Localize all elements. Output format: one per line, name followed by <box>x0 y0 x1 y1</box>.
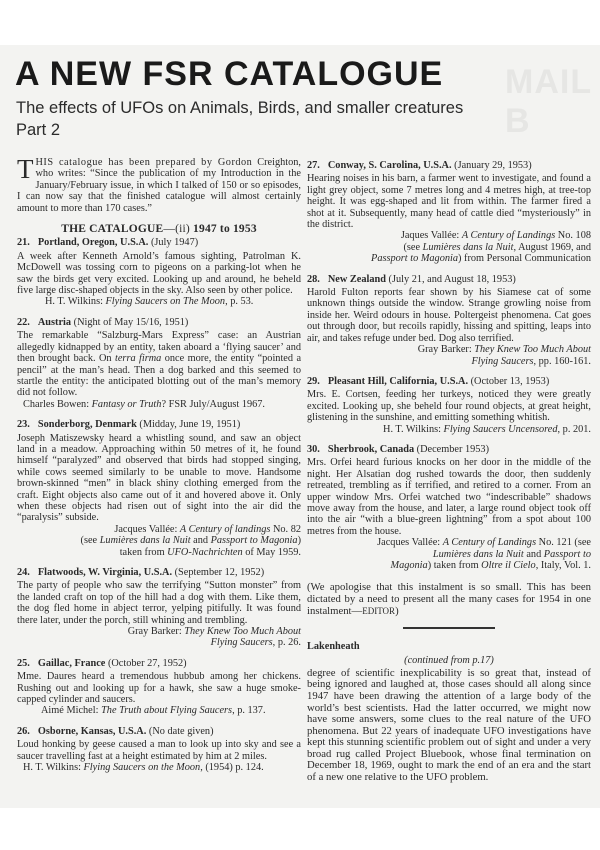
case-citation: taken from UFO-Nachrichten of May 1959. <box>17 547 301 558</box>
case-citation: Flying Saucers, pp. 160-161. <box>307 356 591 367</box>
case-citation: Flying Saucers, p. 26. <box>17 637 301 648</box>
case-entry: 24.Flatwoods, W. Virginia, U.S.A. (Septe… <box>17 567 301 649</box>
case-body: Harold Fulton reports fear shown by his … <box>307 287 591 344</box>
case-entry: 25.Gaillac, France (October 27, 1952) Mm… <box>17 658 301 717</box>
case-heading: 30.Sherbrook, Canada (December 1953) <box>307 444 591 455</box>
case-entry: 22.Austria (Night of May 15/16, 1951) Th… <box>17 317 301 410</box>
case-citation: (see Lumières dans la Nuit, August 1969,… <box>307 242 591 253</box>
case-citation: Jacques Vallée: A Century of landings No… <box>17 524 301 535</box>
case-citation: Jacques Vallée: A Century of Landings No… <box>307 537 591 548</box>
case-body: Hearing noises in his barn, a farmer wen… <box>307 173 591 230</box>
right-column: 27.Conway, S. Carolina, U.S.A. (January … <box>307 160 591 784</box>
case-heading: 27.Conway, S. Carolina, U.S.A. (January … <box>307 160 591 171</box>
case-entry: 30.Sherbrook, Canada (December 1953) Mrs… <box>307 444 591 571</box>
case-heading: 26.Osborne, Kansas, U.S.A. (No date give… <box>17 726 301 737</box>
case-citation: Magonia) taken from Oltre il Cielo, Ital… <box>307 560 591 571</box>
editor-note: (We apologise that this instalment is so… <box>307 581 591 617</box>
case-heading: 25.Gaillac, France (October 27, 1952) <box>17 658 301 669</box>
continued-from-note: (continued from p.17) <box>307 655 591 666</box>
article-part: Part 2 <box>16 119 60 141</box>
case-citation: Aimé Michel: The Truth about Flying Sauc… <box>17 705 301 716</box>
case-citation: Charles Bowen: Fantasy or Truth? FSR Jul… <box>17 399 301 410</box>
case-citation: Gray Barker: They Knew Too Much About <box>307 344 591 355</box>
case-body: A week after Kenneth Arnold’s famous sig… <box>17 251 301 297</box>
case-heading: 21.Portland, Oregon, U.S.A. (July 1947) <box>17 237 301 248</box>
case-entry: 28.New Zealand (July 21, and August 18, … <box>307 274 591 367</box>
case-citation: H. T. Wilkins: Flying Saucers on The Moo… <box>17 296 301 307</box>
drop-cap: T <box>17 158 34 180</box>
case-citation: H. T. Wilkins: Flying Saucers on the Moo… <box>17 762 301 773</box>
article-subtitle: The effects of UFOs on Animals, Birds, a… <box>16 97 463 119</box>
case-body: Joseph Matiszewsky heard a whistling sou… <box>17 433 301 524</box>
case-body: The party of people who saw the terrifyi… <box>17 580 301 626</box>
case-body: Loud honking by geese caused a man to lo… <box>17 739 301 762</box>
lakenheath-body: degree of scientific inexplicability is … <box>307 668 591 784</box>
article-title: A NEW FSR CATALOGUE <box>15 55 443 94</box>
case-heading: 29.Pleasant Hill, California, U.S.A. (Oc… <box>307 376 591 387</box>
case-citation: Jaques Vallée: A Century of Landings No.… <box>307 230 591 241</box>
case-citation: Passport to Magonia) from Personal Commu… <box>307 253 591 264</box>
case-entry: 21.Portland, Oregon, U.S.A. (July 1947) … <box>17 237 301 307</box>
intro-paragraph: THIS catalogue has been prepared by Gord… <box>17 157 301 214</box>
case-citation: H. T. Wilkins: Flying Saucers Uncensored… <box>307 424 591 435</box>
case-citation: (see Lumières dans la Nuit and Passport … <box>17 535 301 546</box>
case-entry: 29.Pleasant Hill, California, U.S.A. (Oc… <box>307 376 591 435</box>
case-heading: 24.Flatwoods, W. Virginia, U.S.A. (Septe… <box>17 567 301 578</box>
case-entry: 23.Sonderborg, Denmark (Midday, June 19,… <box>17 419 301 558</box>
case-heading: 22.Austria (Night of May 15/16, 1951) <box>17 317 301 328</box>
case-heading: 23.Sonderborg, Denmark (Midday, June 19,… <box>17 419 301 430</box>
case-body: Mme. Daures heard a tremendous hubbub am… <box>17 671 301 705</box>
catalogue-heading: THE CATALOGUE—(ii) 1947 to 1953 <box>17 224 301 235</box>
left-column: THIS catalogue has been prepared by Gord… <box>17 157 301 783</box>
case-body: Mrs. E. Cortsen, feeding her turkeys, no… <box>307 389 591 423</box>
case-entry: 26.Osborne, Kansas, U.S.A. (No date give… <box>17 726 301 774</box>
case-body: Mrs. Orfei heard furious knocks on her d… <box>307 457 591 537</box>
bleed-through-text: MAIL B <box>505 63 600 141</box>
case-citation: Gray Barker: They Knew Too Much About <box>17 626 301 637</box>
case-entry: 27.Conway, S. Carolina, U.S.A. (January … <box>307 160 591 265</box>
lakenheath-heading: Lakenheath <box>307 641 591 652</box>
case-citation: Lumières dans la Nuit and Passport to <box>307 549 591 560</box>
case-body: The remarkable “Salzburg-Mars Express” c… <box>17 330 301 398</box>
case-heading: 28.New Zealand (July 21, and August 18, … <box>307 274 591 285</box>
section-divider <box>403 627 495 629</box>
magazine-page: MAIL B A NEW FSR CATALOGUE The effects o… <box>0 45 600 808</box>
